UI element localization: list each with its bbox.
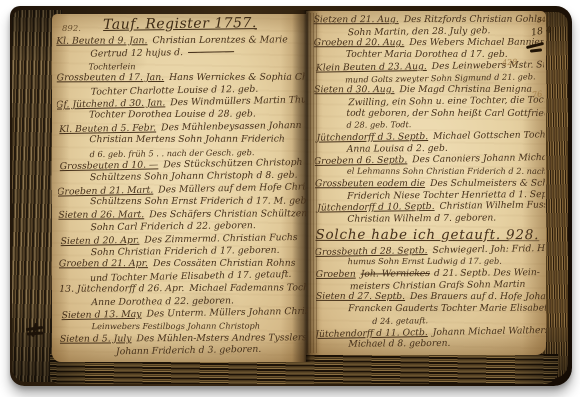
entry-text: Tochterlein (88, 61, 135, 71)
entry-struck-text: Joh. Wernickes (361, 268, 430, 280)
entry-text: el Lehmanns Sohn Christian Friderich d 2… (347, 166, 547, 176)
entry-text: Des Canoniers Johann Micha- (412, 152, 546, 165)
entry-text: Christian Wilhelm Fusses Sohn (440, 199, 547, 212)
entry-place-date: Grossbeuten eodem die (315, 178, 425, 189)
entry-place-date: Grossbeuten d 17. Jan. (57, 72, 165, 83)
entry-text: Michael Fademanns Tochter (189, 282, 308, 294)
register-line: Christian Mertens Sohn Johann Friderich (89, 134, 305, 147)
left-page-entries: Kl. Beuten d 9. Jan.Christian Lorentzes … (56, 33, 308, 359)
entry-text: Leinwebers Festilbogs Johann Christoph (92, 321, 260, 331)
register-line: Grossbeuten eodem dieDes Schulmeisters &… (315, 178, 545, 190)
register-line: Schültzens Sohn Ernst Friderich d 17. M.… (90, 196, 306, 209)
entry-place-date: Grossbeuten d 10. — (60, 159, 159, 172)
entry-place-date: Sieten d 27. Septb. (316, 291, 405, 302)
entry-text: Solche habe ich getauft. 928. (315, 227, 539, 243)
entry-place-date: Sieten d 26. Mart. (58, 209, 144, 221)
pencil-margin-note: 428 (502, 57, 518, 67)
left-page-text: Tauf. Register 1757. Kl. Beuten d 9. Jan… (56, 14, 308, 363)
right-page-number: 841 (537, 15, 551, 24)
entry-text: Sohn Carl Friderich d 22. geboren. (90, 220, 255, 233)
entry-place-date: Gertrud 12 hujus d. (90, 47, 183, 60)
entry-text: Christian Mertens Sohn Johann Friderich (89, 134, 285, 146)
entry-text: Zwilling, ein Sohn u. eine Tochter, die … (348, 94, 546, 108)
entry-place-date: Jütchendorff d 10. Septb. (317, 201, 435, 214)
entry-text: Des Cossäten Christian Rohns (153, 258, 296, 269)
entry-text: Des Leinwebers Mstr. Sig- (432, 59, 547, 72)
entry-text: Des Zimmermd. Christian Fuchs (144, 231, 297, 245)
register-line: Solche habe ich getauft. 928. (315, 227, 545, 244)
entry-text: Des Mühlen-Msters Andres Tysslers Sohn (136, 332, 308, 344)
entry-text: Des Mühlenbeysassen Johann (161, 120, 302, 133)
entry-text: Des Ritzfords Christian Gohls (404, 14, 542, 25)
entry-text: Christian Lorentzes & Marie (152, 34, 287, 46)
entry-text: Michael Gottschen Tochter (433, 129, 546, 142)
entry-text: Des Brauers auf d. Hofe Johann (410, 291, 546, 302)
entry-text: d 24. getauft. (372, 315, 428, 326)
entry-place-date: Sieten d 20. Apr. (61, 234, 140, 246)
entry-text: d 6. geb. früh 5 . . nach der Gesch. geb… (90, 147, 255, 159)
entry-text: Des Schäfers Christian Schültzen (149, 208, 307, 220)
entry-text: Des Schulmeisters & Schneiders Ernst (430, 177, 546, 188)
entry-place-date: Jütchendorff d 11. Octb. (315, 327, 428, 340)
entry-text: Anne Dorothea d 22. geboren. (91, 295, 234, 308)
entry-place-date: Kl. Beuten d 9. Jan. (56, 35, 147, 47)
entry-place-date: Sietzen d 21. Aug. (314, 14, 399, 25)
entry-text: todt geboren, der Sohn heißt Carl Gottfr… (346, 107, 546, 118)
entry-text: Tochter Maria Dorothea d 17. geb. (346, 49, 508, 60)
open-register-book: 892. Tauf. Register 1757. Kl. Beuten d 9… (10, 6, 572, 386)
entry-text: Anna Louisa d 2. geb. (347, 143, 448, 155)
entry-text: humus Sohn Ernst Ludwig d 17. geb. (348, 256, 502, 266)
register-line: Zwilling, ein Sohn u. eine Tochter, die … (348, 94, 546, 108)
entry-struck-text: — — — — (188, 47, 234, 59)
pencil-margin-note: 76 (531, 89, 542, 99)
entry-place-date: Klein Beuten d 23. Aug. (316, 61, 427, 74)
register-line: Christian Wilhelm d 7. geboren. (347, 212, 545, 225)
entry-place-date: Groeben (316, 269, 356, 280)
register-line: todt geboren, der Sohn heißt Carl Gottfr… (346, 107, 544, 119)
register-title: Tauf. Register 1757. (56, 14, 304, 34)
register-line: Sieten d 26. Mart.Des Schäfers Christian… (58, 208, 306, 222)
entry-text: Michael d 8. geboren. (348, 338, 450, 350)
entry-text: Francken Gauderts Tochter Marie Elisabet… (348, 303, 546, 315)
entry-place-date: Groeben d 21. Apr. (59, 258, 148, 269)
register-line: el Lehmanns Sohn Christian Friderich d 2… (347, 166, 545, 178)
entry-place-date: 13. Jütchendorff d 26. Apr. (59, 283, 184, 295)
entry-text: Die Magd Christina Benigna (399, 84, 532, 95)
manuscript-photo: 892. Tauf. Register 1757. Kl. Beuten d 9… (0, 0, 580, 397)
entry-text: Des Stückschützen Christoph (163, 157, 302, 170)
register-line: Groeben d 20. Aug.Des Webers Michael Ban… (314, 37, 544, 49)
entry-place-date: Sieten d 5. July (60, 333, 132, 344)
entry-text: Johann Friderich d 3. geboren. (116, 344, 261, 358)
register-line: humus Sohn Ernst Ludwig d 17. geb. (348, 256, 546, 268)
entry-text: Schültzens Sohn Ernst Friderich d 17. M.… (90, 196, 308, 208)
ink-hatch-mark (26, 324, 44, 338)
register-line: Johann Friderich d 3. geboren. (116, 343, 308, 359)
entry-place-date: Groeben d 20. Aug. (314, 37, 405, 48)
entry-text: Des Unterm. Müllers Johann Chris. (146, 306, 308, 320)
entry-text: Des Windmüllers Martin Thurley (170, 94, 308, 108)
register-line: Tochterlein (88, 59, 304, 73)
entry-text: d 28. geb. Todt. (346, 119, 411, 130)
entry-place-date: Jütchendorff d 3. Septb. (317, 131, 429, 144)
register-line: Sieten d 27. Septb.Des Brauers auf d. Ho… (316, 291, 546, 303)
register-line: 13. Jütchendorff d 26. Apr.Michael Fadem… (59, 282, 307, 296)
entry-text: Tochter Dorothea Louise d 28. geb. (89, 109, 256, 121)
entry-place-date: Sieten d 30. Aug. (314, 84, 394, 95)
entry-text: Hans Wernickes & Sophia Christel (169, 72, 308, 83)
register-line: Leinwebers Festilbogs Johann Christoph (92, 320, 308, 333)
entry-text: Christian Wilhelm d 7. geboren. (347, 212, 496, 224)
entry-text: d 21. Septb. Des Wein- (434, 267, 540, 279)
